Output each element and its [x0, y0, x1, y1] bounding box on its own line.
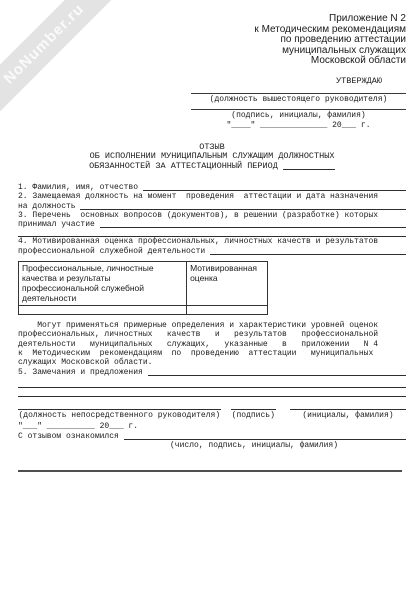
assessment-table-header-assessment: Мотивированная оценка: [187, 262, 268, 306]
approval-title: УТВЕРЖДАЮ: [191, 77, 406, 86]
field-assessment-blank-line: [210, 254, 406, 255]
note-line: к Методическим рекомендациям по проведен…: [18, 349, 406, 358]
approval-signature-caption: (подпись, инициалы, фамилия): [191, 111, 406, 120]
acknowledgement-label: С отзывом ознакомился: [18, 432, 124, 441]
assessment-table-header-qualities: Профессиональные, личностные качества и …: [19, 262, 187, 306]
appendix-note-line: Приложение N 2: [221, 14, 406, 25]
approval-block: УТВЕРЖДАЮ (должность вышестоящего руково…: [191, 77, 406, 130]
note-line: служащих Московской области.: [18, 358, 406, 367]
title-line-3-text: ОБЯЗАННОСТЕЙ ЗА АТТЕСТАЦИОННЫЙ ПЕРИОД: [89, 162, 283, 172]
supervisor-position-caption: (должность непосредственного руководител…: [18, 409, 221, 420]
field-fio-row: 1. Фамилия, имя, отчество: [18, 183, 406, 192]
field-position-blank-line: [80, 209, 406, 210]
assessment-table: Профессиональные, личностные качества и …: [18, 261, 268, 315]
appendix-note: Приложение N 2 к Методическим рекомендац…: [221, 14, 406, 67]
field-remarks-label: 5. Замечания и предложения: [18, 368, 148, 377]
note-line: Могут применяться примерные определения …: [18, 321, 406, 330]
field-assessment-text: 4. Мотивированная оценка профессиональны…: [18, 237, 406, 246]
approval-date-line: "____" ______________ 20___ г.: [191, 121, 406, 130]
acknowledgement-caption: (число, подпись, инициалы, фамилия): [18, 441, 406, 450]
field-position-text: 2. Замещаемая должность на момент провед…: [18, 192, 406, 201]
note-line: профессиональных, личностных качеств и р…: [18, 330, 406, 339]
form-fields: 1. Фамилия, имя, отчество 2. Замещаемая …: [18, 183, 406, 256]
title-period-blank-line: [283, 169, 335, 170]
field-remarks-row: 5. Замечания и предложения: [18, 368, 406, 377]
field-questions-blank-line: [100, 227, 406, 228]
document-title: ОТЗЫВ ОБ ИСПОЛНЕНИИ МУНИЦИПАЛЬНЫМ СЛУЖАЩ…: [18, 143, 406, 172]
remarks-extra-blank-line-2: [18, 389, 406, 397]
note-paragraph: Могут применяться примерные определения …: [18, 321, 406, 367]
field-fio-label: 1. Фамилия, имя, отчество: [18, 183, 143, 192]
approval-signature-line: [191, 109, 406, 110]
field-assessment-row: профессиональной служебной деятельности: [18, 247, 406, 256]
signature-caption: (подпись): [231, 409, 276, 420]
approval-position-line: [191, 93, 406, 94]
field-assessment-label: профессиональной служебной деятельности: [18, 247, 210, 256]
name-caption: (инициалы, фамилия): [290, 409, 406, 420]
bottom-separator: [18, 470, 402, 472]
field-questions-row: принимал участие: [18, 220, 406, 229]
assessment-table-empty-row: [19, 306, 268, 315]
field-position-label: на должность: [18, 202, 80, 211]
signature-row: (должность непосредственного руководител…: [18, 409, 406, 420]
appendix-note-line: по проведению аттестации: [221, 35, 406, 46]
appendix-note-line: Московской области: [221, 56, 406, 67]
assessment-table-empty-cell: [19, 306, 187, 315]
assessment-table-header-row: Профессиональные, личностные качества и …: [19, 262, 268, 306]
remarks-extra-blank-line-1: [18, 380, 406, 388]
approval-position-caption: (должность вышестоящего руководителя): [191, 95, 406, 104]
document-page: NoNumber.ru Приложение N 2 к Методически…: [0, 0, 420, 600]
field-questions-label: принимал участие: [18, 220, 100, 229]
field-questions-text: 3. Перечень основных вопросов (документо…: [18, 211, 406, 220]
assessment-table-empty-cell: [187, 306, 268, 315]
field-fio-blank-line: [143, 190, 406, 191]
note-line: деятельности муниципальных служащих, ука…: [18, 340, 406, 349]
acknowledgement-row: С отзывом ознакомился: [18, 432, 406, 441]
field-questions-extra-blank-line: [18, 229, 406, 237]
signature-date-line: "___" __________ 20___ г.: [18, 422, 406, 431]
field-remarks-blank-line: [148, 375, 406, 376]
field-position-row: на должность: [18, 202, 406, 211]
acknowledgement-blank-line: [124, 439, 406, 440]
title-line-3: ОБЯЗАННОСТЕЙ ЗА АТТЕСТАЦИОННЫЙ ПЕРИОД: [18, 162, 406, 172]
document-content: Приложение N 2 к Методическим рекомендац…: [0, 0, 420, 472]
